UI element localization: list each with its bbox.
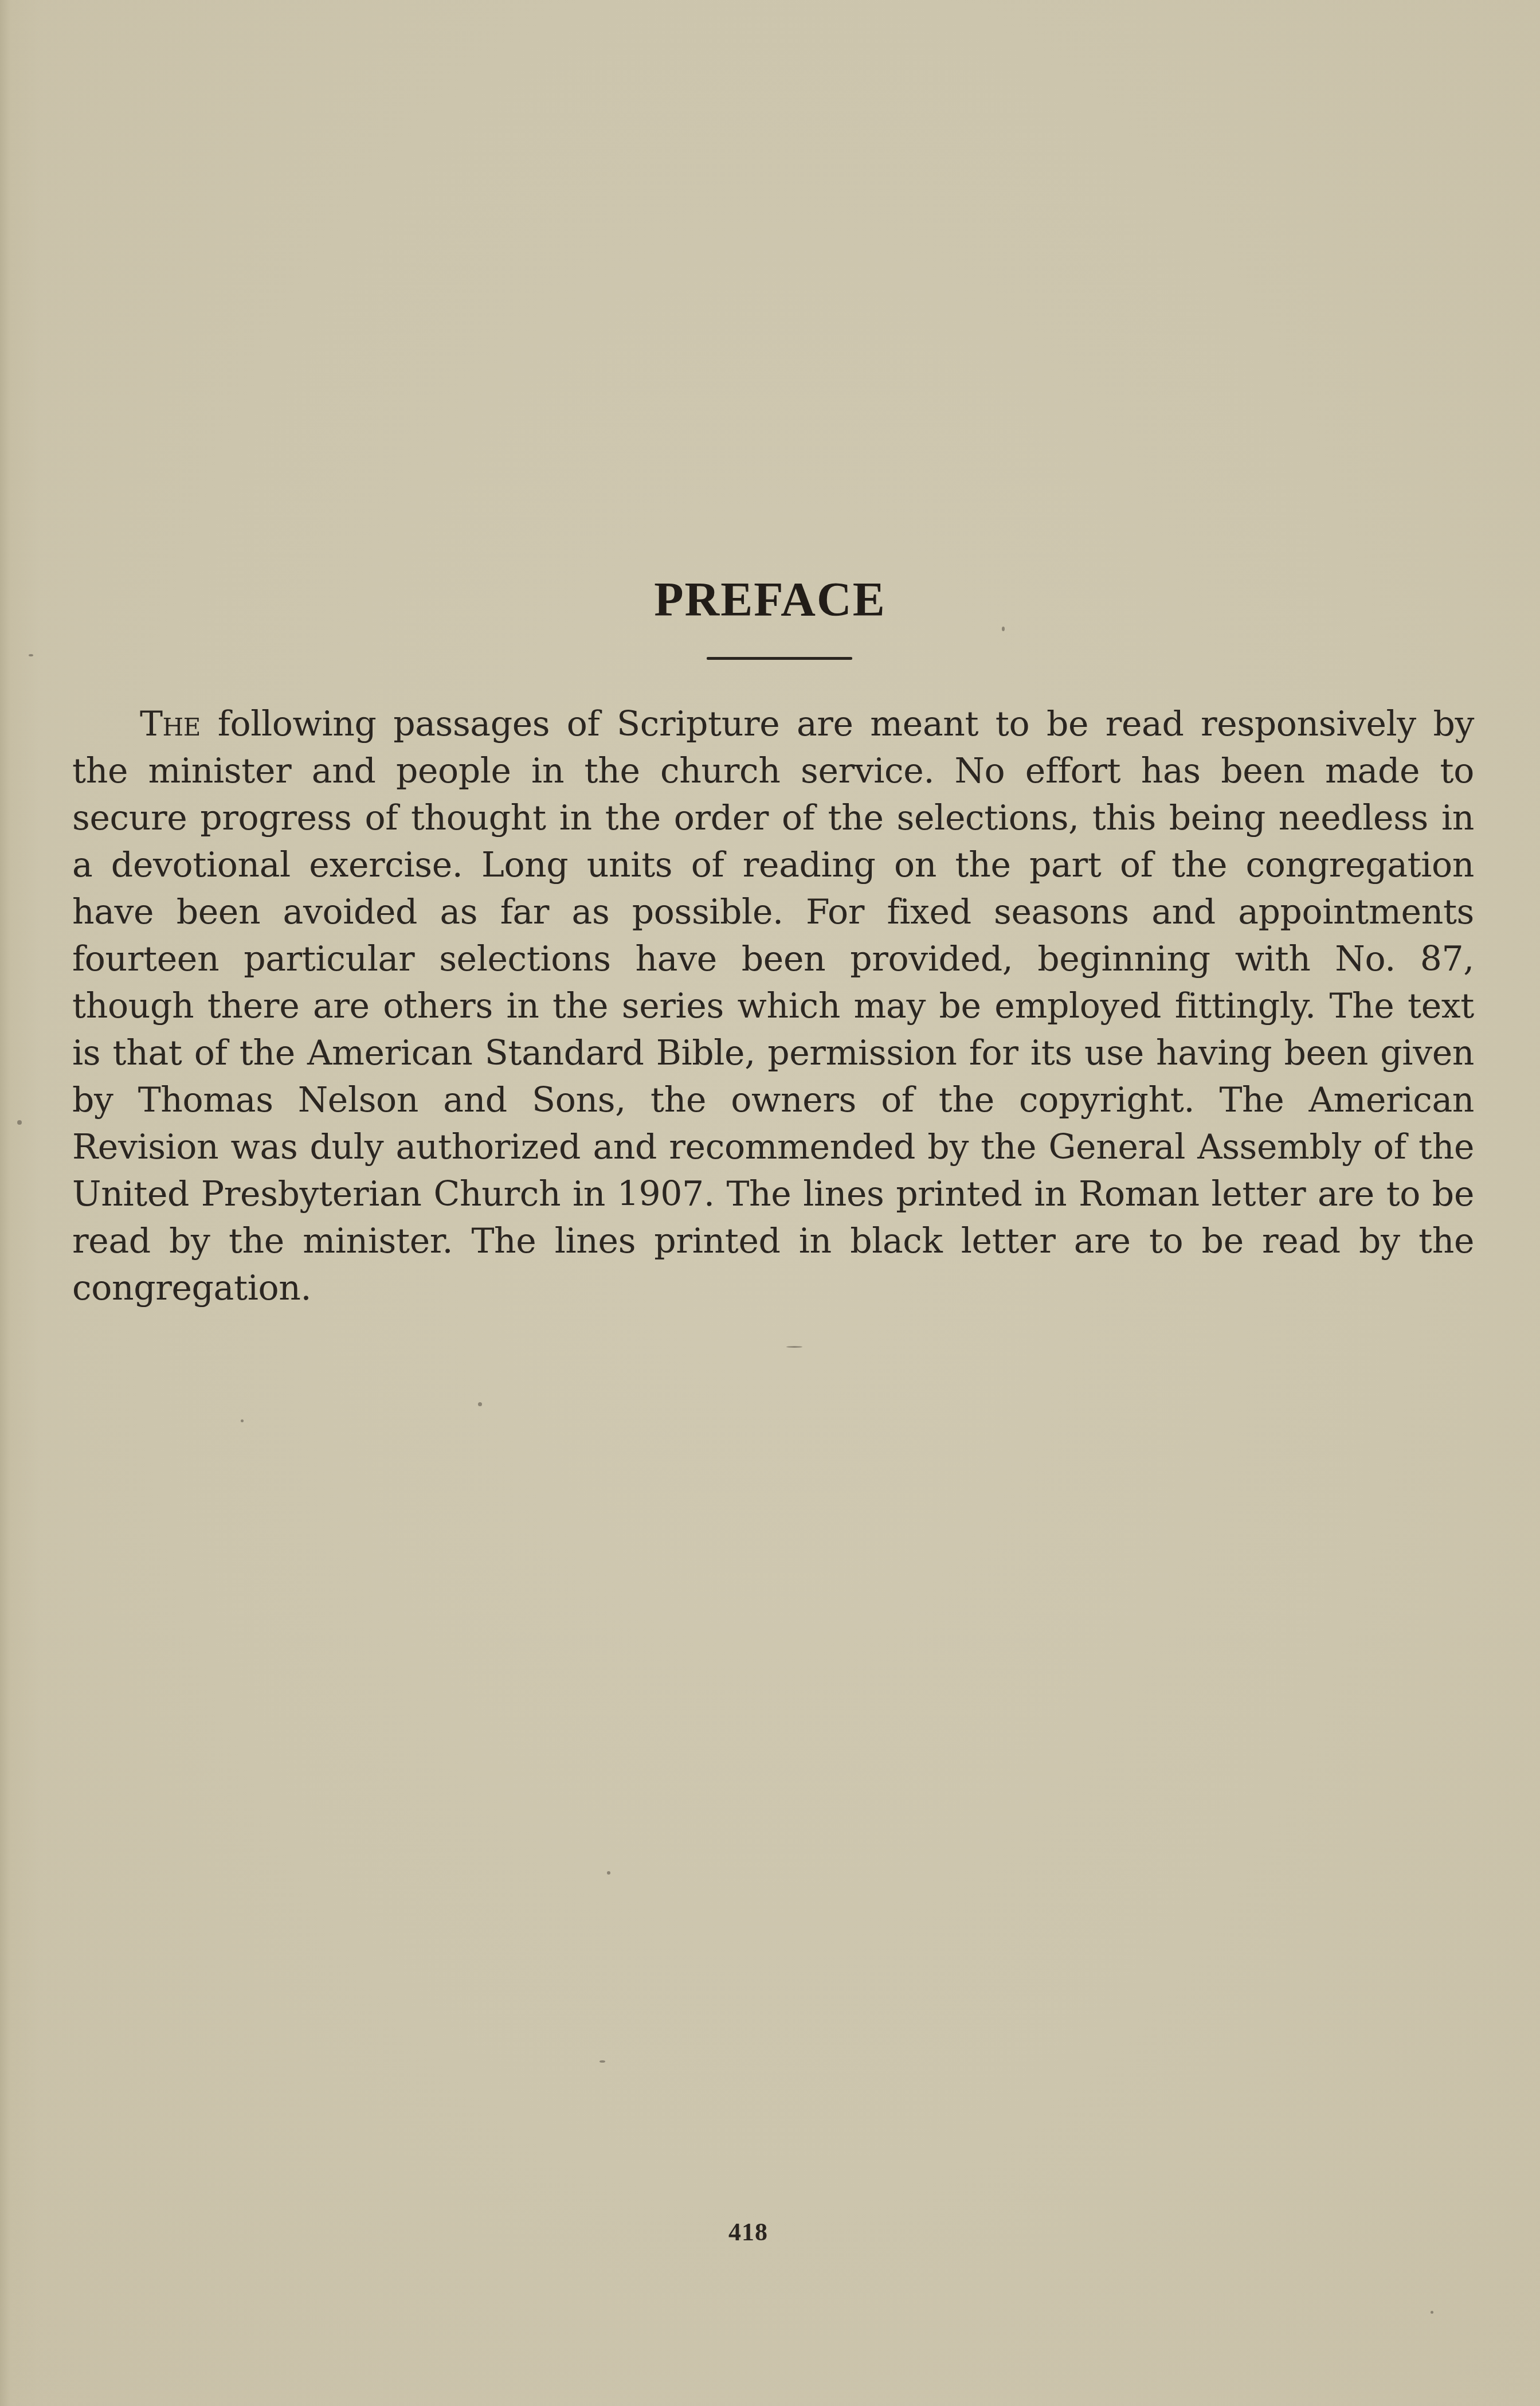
book-page: PREFACE The following passages of Script…	[0, 0, 1540, 2406]
paper-speck	[607, 1871, 610, 1875]
paper-speck	[599, 2060, 605, 2063]
title-divider	[707, 657, 852, 660]
paper-speck	[17, 1120, 22, 1125]
paper-speck	[786, 1346, 802, 1348]
paper-speck	[1431, 2311, 1433, 2314]
page-number: 418	[728, 2217, 768, 2247]
paragraph-text: following passages of Scripture are mean…	[72, 704, 1474, 1308]
paper-speck	[29, 654, 33, 656]
paper-speck	[1002, 627, 1005, 631]
lead-word: The	[140, 704, 201, 744]
paper-speck	[478, 1402, 482, 1406]
preface-paragraph: The following passages of Scripture are …	[72, 701, 1474, 1312]
paper-speck	[241, 1419, 244, 1422]
page-title: PREFACE	[0, 576, 1540, 624]
